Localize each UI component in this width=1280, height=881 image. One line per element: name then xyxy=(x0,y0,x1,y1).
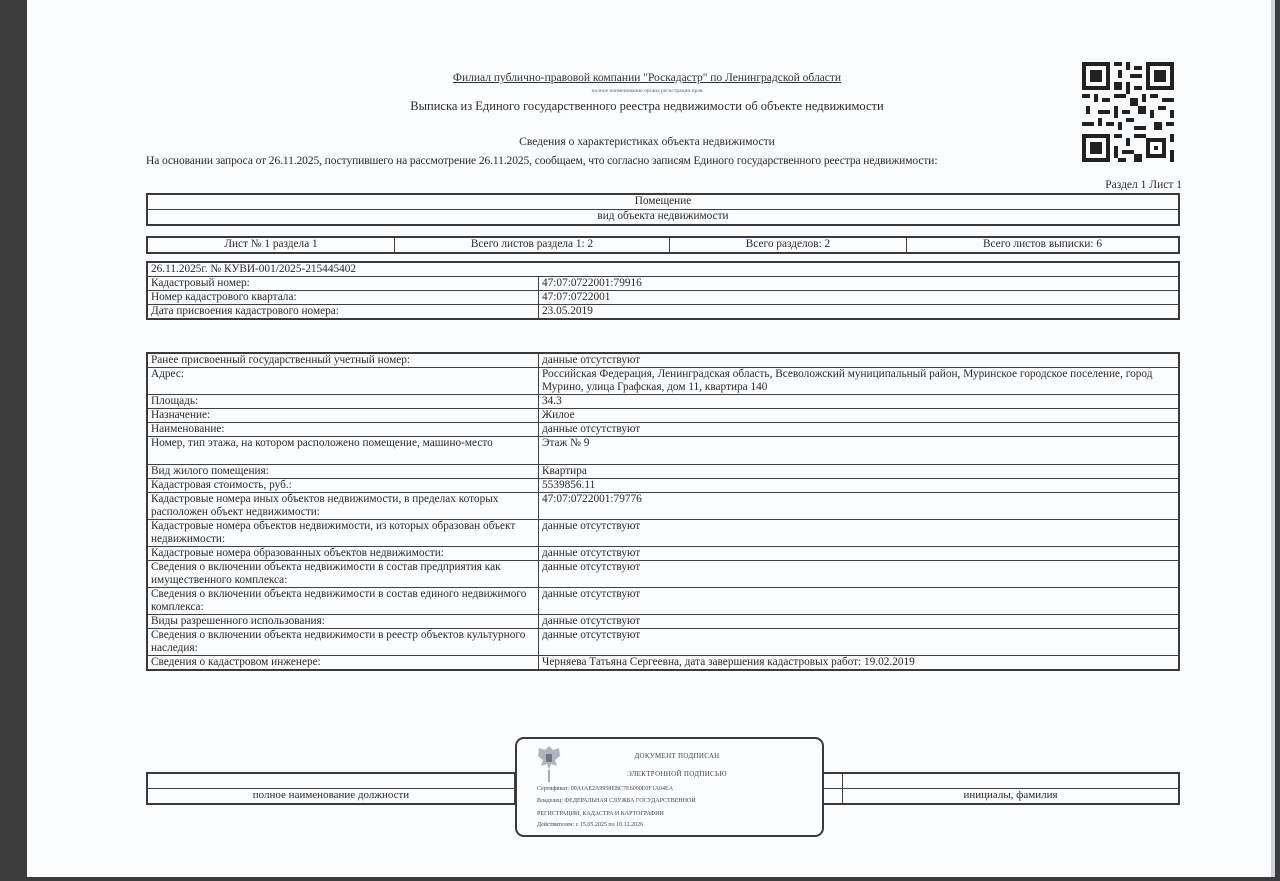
row-label: Виды разрешенного использования: xyxy=(147,615,539,629)
row-label: Кадастровая стоимость, руб.: xyxy=(147,479,539,493)
document-title: Выписка из Единого государственного реес… xyxy=(287,99,1007,114)
org-subtitle: полное наименование органа регистрации п… xyxy=(387,88,907,94)
qr-code-icon xyxy=(1078,58,1178,166)
identification-table: 26.11.2025г. № КУВИ-001/2025-215445402 К… xyxy=(146,261,1180,320)
extract-sheets-total: Всего листов выписки: 6 xyxy=(907,237,1180,253)
row-label: Кадастровый номер: xyxy=(147,277,539,291)
row-label: Сведения о включении объекта недвижимост… xyxy=(147,588,539,615)
stamp-signed-line: ДОКУМЕНТ ПОДПИСАН xyxy=(577,752,777,760)
stamp-owner-1: Владелец: ФЕДЕРАЛЬНАЯ СЛУЖБА ГОСУДАРСТВЕ… xyxy=(537,798,807,804)
table-row: Сведения о включении объекта недвижимост… xyxy=(147,588,1179,615)
table-row: Дата присвоения кадастрового номера: 23.… xyxy=(147,305,1179,320)
row-value: данные отсутствуют xyxy=(539,561,1180,588)
stamp-esign-line: ЭЛЕКТРОННОЙ ПОДПИСЬЮ xyxy=(577,770,777,778)
characteristics-table: Ранее присвоенный государственный учетны… xyxy=(146,352,1180,671)
table-row: Виды разрешенного использования:данные о… xyxy=(147,615,1179,629)
table-row: Номер, тип этажа, на котором расположено… xyxy=(147,437,1179,465)
row-value: данные отсутствуют xyxy=(539,520,1180,547)
request-number: 26.11.2025г. № КУВИ-001/2025-215445402 xyxy=(147,262,1179,277)
row-label: Номер, тип этажа, на котором расположено… xyxy=(147,437,539,465)
row-value: данные отсутствуют xyxy=(539,615,1180,629)
sheet-number: Лист № 1 раздела 1 xyxy=(147,237,395,253)
purpose-value: Жилое xyxy=(539,409,1180,423)
cadastral-number: 47:07:0722001:79916 xyxy=(539,277,1180,291)
table-row: Кадастровые номера объектов недвижимости… xyxy=(147,520,1179,547)
row-label: Кадастровые номера объектов недвижимости… xyxy=(147,520,539,547)
assignment-date: 23.05.2019 xyxy=(539,305,1180,320)
table-row: Кадастровые номера иных объектов недвижи… xyxy=(147,493,1179,520)
row-label: Ранее присвоенный государственный учетны… xyxy=(147,353,539,368)
premises-type-value: Квартира xyxy=(539,465,1180,479)
row-label: Кадастровые номера иных объектов недвижи… xyxy=(147,493,539,520)
row-label: Сведения о кадастровом инженере: xyxy=(147,656,539,671)
object-type-caption: вид объекта недвижимости xyxy=(147,210,1179,226)
position-caption: полное наименование должности xyxy=(147,789,515,805)
row-label: Назначение: xyxy=(147,409,539,423)
table-row: Сведения о включении объекта недвижимост… xyxy=(147,561,1179,588)
object-type-value: Помещение xyxy=(147,194,1179,210)
row-label: Кадастровые номера образованных объектов… xyxy=(147,547,539,561)
table-row: Наименование:данные отсутствуют xyxy=(147,423,1179,437)
row-label: Вид жилого помещения: xyxy=(147,465,539,479)
section-title: Сведения о характеристиках объекта недви… xyxy=(387,136,907,148)
org-title: Филиал публично-правовой компании "Роска… xyxy=(287,72,1007,84)
row-value: данные отсутствуют xyxy=(539,423,1180,437)
area-value: 34.3 xyxy=(539,395,1180,409)
table-row: Ранее присвоенный государственный учетны… xyxy=(147,353,1179,368)
address-value: Российская Федерация, Ленинградская обла… xyxy=(539,368,1180,395)
floor-value: Этаж № 9 xyxy=(539,437,1180,465)
table-row: Назначение:Жилое xyxy=(147,409,1179,423)
row-label: Сведения о включении объекта недвижимост… xyxy=(147,629,539,656)
row-label: Номер кадастрового квартала: xyxy=(147,291,539,305)
row-value: данные отсутствуют xyxy=(539,353,1180,368)
row-label: Дата присвоения кадастрового номера: xyxy=(147,305,539,320)
row-label: Адрес: xyxy=(147,368,539,395)
table-row: Сведения о включении объекта недвижимост… xyxy=(147,629,1179,656)
table-row: Адрес:Российская Федерация, Ленинградска… xyxy=(147,368,1179,395)
stamp-certificate: Сертификат: 00A1AE2A9958EBC7E6090E0F1A04… xyxy=(537,786,807,792)
row-value: данные отсутствуют xyxy=(539,588,1180,615)
request-basis-text: На основании запроса от 26.11.2025, пост… xyxy=(146,155,1166,167)
cadastral-value: 5539856.11 xyxy=(539,479,1180,493)
object-type-table: Помещение вид объекта недвижимости xyxy=(146,193,1180,226)
table-row: Кадастровая стоимость, руб.:5539856.11 xyxy=(147,479,1179,493)
parent-object-number: 47:07:0722001:79776 xyxy=(539,493,1180,520)
stamp-owner-2: РЕГИСТРАЦИИ, КАДАСТРА И КАРТОГРАФИИ xyxy=(537,811,807,817)
sheets-table: Лист № 1 раздела 1 Всего листов раздела … xyxy=(146,236,1180,254)
cadastral-quarter: 47:07:0722001 xyxy=(539,291,1180,305)
row-value: данные отсутствуют xyxy=(539,629,1180,656)
table-row: Кадастровые номера образованных объектов… xyxy=(147,547,1179,561)
row-label: Наименование: xyxy=(147,423,539,437)
sections-total: Всего разделов: 2 xyxy=(670,237,907,253)
row-value: данные отсутствуют xyxy=(539,547,1180,561)
row-label: Площадь: xyxy=(147,395,539,409)
table-row: Площадь:34.3 xyxy=(147,395,1179,409)
table-row: Сведения о кадастровом инженере:Черняева… xyxy=(147,656,1179,671)
cadastral-engineer-value: Черняева Татьяна Сергеевна, дата заверше… xyxy=(539,656,1180,671)
name-caption: инициалы, фамилия xyxy=(843,789,1180,805)
stamp-validity: Действителен: с 15.05.2025 по 10.12.2026 xyxy=(537,822,807,828)
section-sheets-total: Всего листов раздела 1: 2 xyxy=(395,237,670,253)
section-page-reference: Раздел 1 Лист 1 xyxy=(1027,179,1182,191)
row-label: Сведения о включении объекта недвижимост… xyxy=(147,561,539,588)
table-row: Вид жилого помещения:Квартира xyxy=(147,465,1179,479)
table-row: Кадастровый номер: 47:07:0722001:79916 xyxy=(147,277,1179,291)
table-row: Номер кадастрового квартала: 47:07:07220… xyxy=(147,291,1179,305)
electronic-signature-stamp: ДОКУМЕНТ ПОДПИСАН ЭЛЕКТРОННОЙ ПОДПИСЬЮ С… xyxy=(515,737,824,837)
document-page: Филиал публично-правовой компании "Роска… xyxy=(27,0,1275,877)
coat-of-arms-icon xyxy=(535,742,563,782)
